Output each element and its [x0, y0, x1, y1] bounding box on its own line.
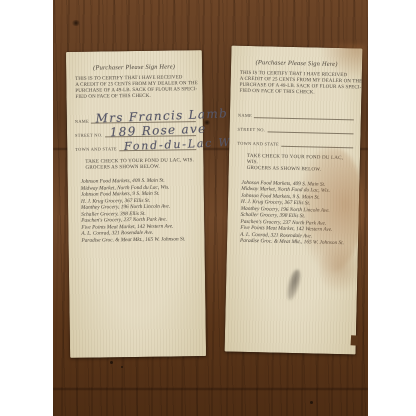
town-field-label: TOWN AND STATE [75, 146, 117, 152]
town-field-label: TOWN AND STATE [237, 140, 279, 146]
certify-text: THIS IS TO CERTIFY THAT I HAVE RECEIVED … [239, 71, 355, 97]
redeem-instructions: TAKE CHECK TO YOUR FOND DU LAC, WIS. GRO… [85, 158, 197, 172]
wood-speck [121, 366, 123, 368]
grocer-list: Johnson Food Markets, 409 S. Main St.Mid… [240, 180, 355, 248]
sign-here-note: (Purchaser Please Sign Here) [231, 59, 362, 69]
wood-plank-seam [53, 388, 368, 390]
wood-knot [71, 20, 81, 26]
redeem-line: GROCERS AS SHOWN BELOW. [85, 164, 197, 172]
sign-here-note: (Purchaser Please Sign Here) [66, 63, 202, 72]
left-check-stub: (Purchaser Please Sign Here) THIS IS TO … [66, 50, 206, 358]
grocer-line: Paradise Groc. & Meat Mkt., 165 W. Johns… [81, 236, 200, 244]
grocer-line: Paradise Groc. & Meat Mkt., 165 W. Johns… [240, 238, 354, 247]
town-field-row: TOWN AND STATE [237, 131, 353, 148]
right-check-stub: (Purchaser Please Sign Here) THIS IS TO … [225, 46, 363, 355]
town-handwriting: Fond-du-Lac Wis [123, 135, 244, 153]
certify-line: FIED ON FACE OF THIS CHECK. [75, 93, 195, 101]
town-field-line [281, 131, 354, 148]
grocer-list: Johnson Food Markets, 409 S. Main St.Mid… [81, 178, 201, 245]
table-photo: (Purchaser Please Sign Here) THIS IS TO … [53, 0, 368, 416]
certify-text: THIS IS TO CERTIFY THAT I HAVE RECEIVED … [75, 75, 195, 100]
wood-speck [310, 401, 313, 404]
redeem-instructions: TAKE CHECK TO YOUR FOND DU LAC, WIS. GRO… [247, 154, 354, 176]
wood-speck [110, 361, 113, 364]
torn-edge-notch [351, 335, 359, 345]
town-field-line: Fond-du-Lac Wis [119, 135, 197, 151]
town-field-row: TOWN AND STATE Fond-du-Lac Wis [75, 136, 196, 152]
redeem-line: GROCERS AS SHOWN BELOW. [247, 166, 354, 175]
ink-smudge [284, 268, 303, 302]
